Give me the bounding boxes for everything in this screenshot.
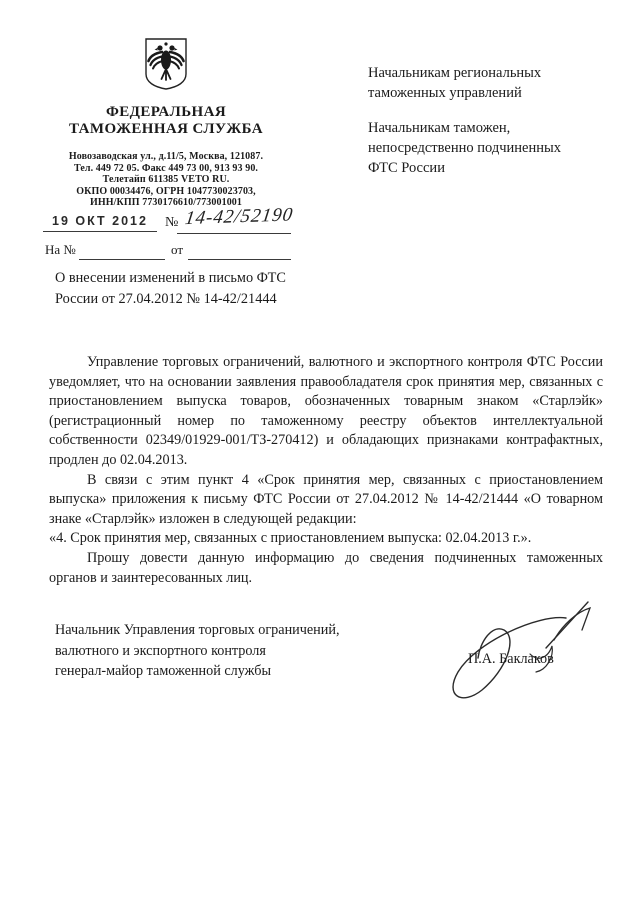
signatory-name: П.А. Баклаков	[468, 651, 608, 668]
recipient-line: непосредственно подчиненных	[368, 138, 603, 158]
address-line: Телетайп 611385 VETO RU.	[40, 174, 292, 186]
recipient-line: ФТС России	[368, 158, 603, 178]
address-line: Новозаводская ул., д.11/5, Москва, 12108…	[40, 151, 292, 163]
reply-date-underline	[188, 259, 291, 260]
body-paragraph: В связи с этим пункт 4 «Срок принятия ме…	[49, 471, 603, 530]
agency-name-line1: ФЕДЕРАЛЬНАЯ	[40, 104, 292, 121]
signatory-position-line: валютного и экспортного контроля	[55, 641, 395, 662]
body-paragraph: Управление торговых ограничений, валютно…	[49, 353, 603, 471]
double-headed-eagle-emblem-icon	[142, 38, 190, 90]
recipient-line: Начальникам региональных	[368, 63, 603, 83]
recipient-group-regional: Начальникам региональных таможенных упра…	[368, 63, 603, 103]
subject-block: О внесении изменений в письмо ФТС России…	[55, 268, 335, 309]
subject-line: России от 27.04.2012 № 14-42/21444	[55, 289, 335, 310]
subject-line: О внесении изменений в письмо ФТС	[55, 268, 335, 289]
address-line: Тел. 449 72 05. Факс 449 73 00, 913 93 9…	[40, 163, 292, 175]
body-paragraph: Прошу довести данную информацию до сведе…	[49, 549, 603, 588]
recipient-line: таможенных управлений	[368, 83, 603, 103]
outgoing-number-handwritten: 14-42/52190	[183, 204, 306, 230]
outgoing-number-label: №	[165, 215, 178, 231]
signatory-position: Начальник Управления торговых ограничени…	[55, 620, 395, 682]
reply-number-underline	[79, 259, 165, 260]
body-paragraph-quote: «4. Срок принятия мер, связанных с приос…	[49, 529, 603, 549]
signatory-position-line: Начальник Управления торговых ограничени…	[55, 620, 395, 641]
date-underline	[43, 231, 157, 232]
recipient-group-customs: Начальникам таможен, непосредственно под…	[368, 118, 603, 178]
letter-body: Управление торговых ограничений, валютно…	[49, 353, 603, 588]
agency-name-line2: ТАМОЖЕННАЯ СЛУЖБА	[40, 121, 292, 138]
scanned-letter-page: ФЕДЕРАЛЬНАЯ ТАМОЖЕННАЯ СЛУЖБА Новозаводс…	[0, 0, 640, 900]
date-stamp: 19 ОКТ 2012	[52, 214, 162, 228]
number-underline	[177, 233, 291, 234]
letterhead: ФЕДЕРАЛЬНАЯ ТАМОЖЕННАЯ СЛУЖБА Новозаводс…	[40, 38, 292, 209]
signatory-position-line: генерал-майор таможенной службы	[55, 661, 395, 682]
address-line: ОКПО 00034476, ОГРН 1047730023703,	[40, 186, 292, 198]
agency-name: ФЕДЕРАЛЬНАЯ ТАМОЖЕННАЯ СЛУЖБА	[40, 104, 292, 138]
recipients-block: Начальникам региональных таможенных упра…	[368, 63, 603, 178]
letterhead-address: Новозаводская ул., д.11/5, Москва, 12108…	[40, 151, 292, 209]
reply-from-label: от	[171, 242, 183, 258]
reply-to-label: На №	[45, 242, 76, 258]
recipient-line: Начальникам таможен,	[368, 118, 603, 138]
